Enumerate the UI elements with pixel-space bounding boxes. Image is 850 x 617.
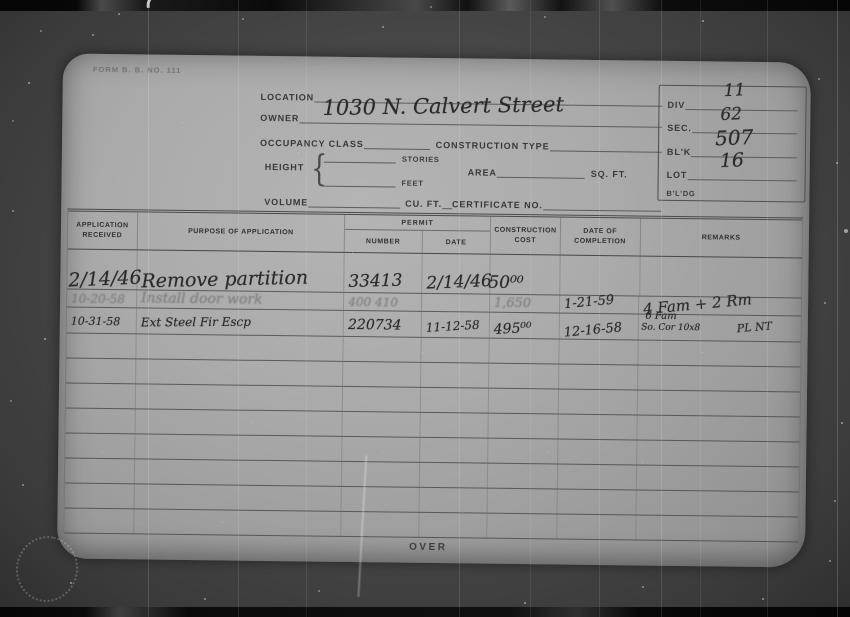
area-underline	[497, 165, 585, 179]
occupancy-underline	[364, 136, 430, 150]
blk-value: 507	[715, 124, 754, 150]
cell-permit-number: 400 410	[348, 295, 398, 310]
stories-underline	[324, 150, 396, 164]
cell-cost: 1,650	[494, 296, 531, 311]
stories-field: STORIES	[324, 149, 454, 165]
feet-field: FEET	[324, 173, 454, 189]
cell-cost: 495⁰⁰	[493, 320, 532, 338]
remarks-line-a: 6 Fam	[645, 311, 676, 322]
sq-ft-label: SQ. FT.	[591, 169, 628, 179]
cell-received: 10-31-58	[71, 315, 121, 329]
cell-permit-date: 11-12-58	[425, 318, 480, 335]
microfilm-frame: FORM B. B. NO. 111 LOCATION 1030 N. Calv…	[0, 0, 850, 617]
over-label: OVER	[409, 542, 447, 553]
cell-permit-date: 2/14/46	[426, 271, 492, 294]
header-construction-cost: CONSTRUCTION COST	[491, 217, 561, 255]
form-number: FORM B. B. NO. 111	[93, 65, 182, 75]
lot-underline: 16	[687, 166, 796, 181]
feet-label: FEET	[401, 179, 423, 188]
occupancy-class-label: OCCUPANCY CLASS	[260, 138, 364, 149]
cell-completion: 12-16-58	[563, 320, 623, 340]
cell-cost: 50⁰⁰	[488, 273, 524, 293]
cell-permit-number: 33413	[348, 271, 403, 292]
area-field: AREA SQ. FT.	[468, 162, 660, 179]
cell-completion: 1-21-59	[563, 293, 614, 313]
header-purpose: PURPOSE OF APPLICATION	[137, 212, 345, 252]
stories-label: STORIES	[402, 155, 440, 164]
header-permit-date: DATE	[422, 231, 490, 254]
location-label: LOCATION	[261, 92, 315, 103]
record-card: FORM B. B. NO. 111 LOCATION 1030 N. Calv…	[57, 53, 811, 567]
cell-completion	[560, 256, 640, 296]
lot-value: 16	[719, 149, 744, 172]
certificate-gap-line	[442, 196, 452, 209]
blk-label: BL'K	[667, 146, 691, 156]
film-scratch	[837, 0, 838, 617]
construction-type-underline	[549, 138, 662, 152]
height-label: HEIGHT	[265, 162, 305, 172]
header-permit: PERMIT	[345, 215, 490, 232]
owner-underline	[299, 110, 662, 127]
lot-row: LOT 16	[667, 160, 797, 182]
remarks-line-b: So. Cor 10x8	[641, 323, 700, 334]
film-edge-top	[0, 0, 850, 11]
parcel-box: DIV 11 SEC. 62 BL'K 507 LOT 16	[657, 85, 806, 203]
volume-underline	[308, 194, 400, 208]
cell-purpose: Install door work	[141, 290, 263, 307]
film-edge-bottom	[0, 607, 850, 617]
bldg-row: B'L'DG	[666, 183, 796, 200]
header-date-of-completion: DATE OF COMPLETION	[561, 218, 641, 256]
cell-purpose: Ext Steel Fir Escp	[141, 315, 251, 330]
cell-received: 2/14/46	[68, 267, 142, 292]
film-curve-scratch	[141, 0, 180, 26]
cell-remarks	[640, 257, 802, 298]
cell-remarks: 6 Fam So. Cor 10x8 PL NT	[639, 315, 801, 342]
certificate-underline	[543, 197, 662, 211]
header-permit-number: NUMBER	[345, 230, 423, 253]
remarks-line-c: PL NT	[737, 320, 773, 336]
volume-field: VOLUME CU. FT. CERTIFICATE NO.	[264, 192, 661, 212]
div-label: DIV	[667, 100, 685, 110]
area-label: AREA	[468, 167, 497, 177]
cell-permit-date	[422, 294, 490, 312]
owner-field: OWNER	[260, 108, 662, 128]
cell-received: 10-20-58	[71, 292, 125, 307]
header-remarks: REMARKS	[640, 219, 802, 258]
owner-label: OWNER	[260, 113, 299, 123]
div-value: 11	[723, 80, 745, 101]
sec-value: 62	[720, 104, 742, 125]
cu-ft-label: CU. FT.	[405, 199, 442, 209]
location-field: LOCATION 1030 N. Calvert Street	[261, 84, 663, 107]
header-permit-group: PERMIT NUMBER DATE	[345, 215, 491, 254]
sec-label: SEC.	[667, 123, 692, 133]
lot-label: LOT	[667, 170, 688, 180]
header-application-received: APPLICATION RECEIVED	[68, 212, 138, 250]
cell-purpose: Remove partition	[141, 267, 308, 293]
cell-permit-number: 220734	[348, 317, 402, 334]
certificate-no-label: CERTIFICATE NO.	[452, 199, 543, 210]
volume-label: VOLUME	[264, 197, 308, 208]
permit-table: APPLICATION RECEIVED PURPOSE OF APPLICAT…	[63, 209, 803, 543]
bldg-label: B'L'DG	[666, 189, 695, 198]
blk-underline: 507	[691, 143, 797, 158]
feet-underline	[324, 174, 396, 188]
